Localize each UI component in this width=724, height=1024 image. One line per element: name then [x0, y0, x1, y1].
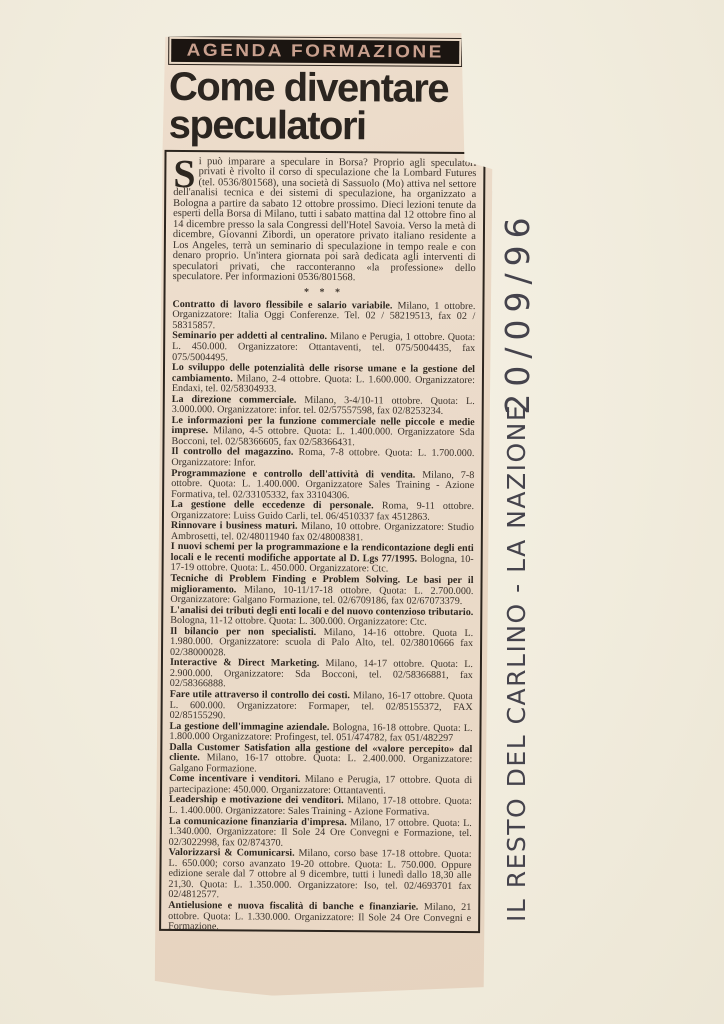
course-entry: Seminario per addetti al centralino. Mil… — [172, 331, 475, 365]
article-body-box: Si può imparare a speculare in Borsa? Pr… — [159, 150, 485, 933]
course-entry: Fare utile attraverso il controllo dei c… — [170, 690, 473, 724]
course-entry: Le informazioni per la funzione commerci… — [171, 416, 474, 450]
course-entry: La comunicazione finanziaria d'impresa. … — [169, 817, 472, 851]
course-entry: Valorizzarsi & Comunicarsi. Milano, cors… — [168, 848, 471, 903]
course-list: Contratto di lavoro flessibile e salario… — [168, 300, 476, 933]
course-details: Milano, 4-5 ottobre. Quota: L. 1.400.000… — [171, 426, 474, 449]
course-entry: I nuovi schemi per la programmazione e l… — [171, 542, 474, 576]
handwritten-source: IL RESTO DEL CARLINO - LA NAZIONE — [502, 392, 531, 922]
section-separator: * * * — [173, 286, 476, 299]
course-details: Milano, 16-17 ottobre. Quota: L. 2.400.0… — [169, 752, 472, 774]
intro-text: i può imparare a speculare in Borsa? Pro… — [173, 156, 477, 284]
course-entry: Lo sviluppo delle potenzialità delle ris… — [172, 363, 475, 397]
course-entry: Contratto di lavoro flessibile e salario… — [172, 300, 475, 334]
intro-paragraph: Si può imparare a speculare in Borsa? Pr… — [173, 157, 477, 285]
course-entry: Dalla Customer Satisfation alla gestione… — [169, 743, 472, 777]
drop-cap: S — [173, 157, 198, 188]
kicker-label: AGENDA FORMAZIONE — [187, 40, 444, 62]
article-title: Come diventare speculatori — [169, 68, 486, 147]
scanned-page-background: AGENDA FORMAZIONE Come diventare specula… — [0, 0, 724, 1024]
course-entry: Il bilancio per non specialisti. Milano,… — [170, 627, 473, 661]
course-entry: Antielusione e nuova fiscalità di banche… — [168, 901, 471, 933]
course-title: Saper parlare in pubblico: corso base. — [168, 932, 337, 933]
course-entry: Tecniche di Problem Finding e Problem So… — [170, 574, 473, 608]
course-entry: Programmazione e controllo dell'attività… — [171, 468, 474, 502]
newspaper-clipping: AGENDA FORMAZIONE Come diventare specula… — [153, 29, 494, 999]
kicker-banner: AGENDA FORMAZIONE — [171, 39, 459, 64]
course-entry: Interactive & Direct Marketing. Milano, … — [170, 658, 473, 692]
